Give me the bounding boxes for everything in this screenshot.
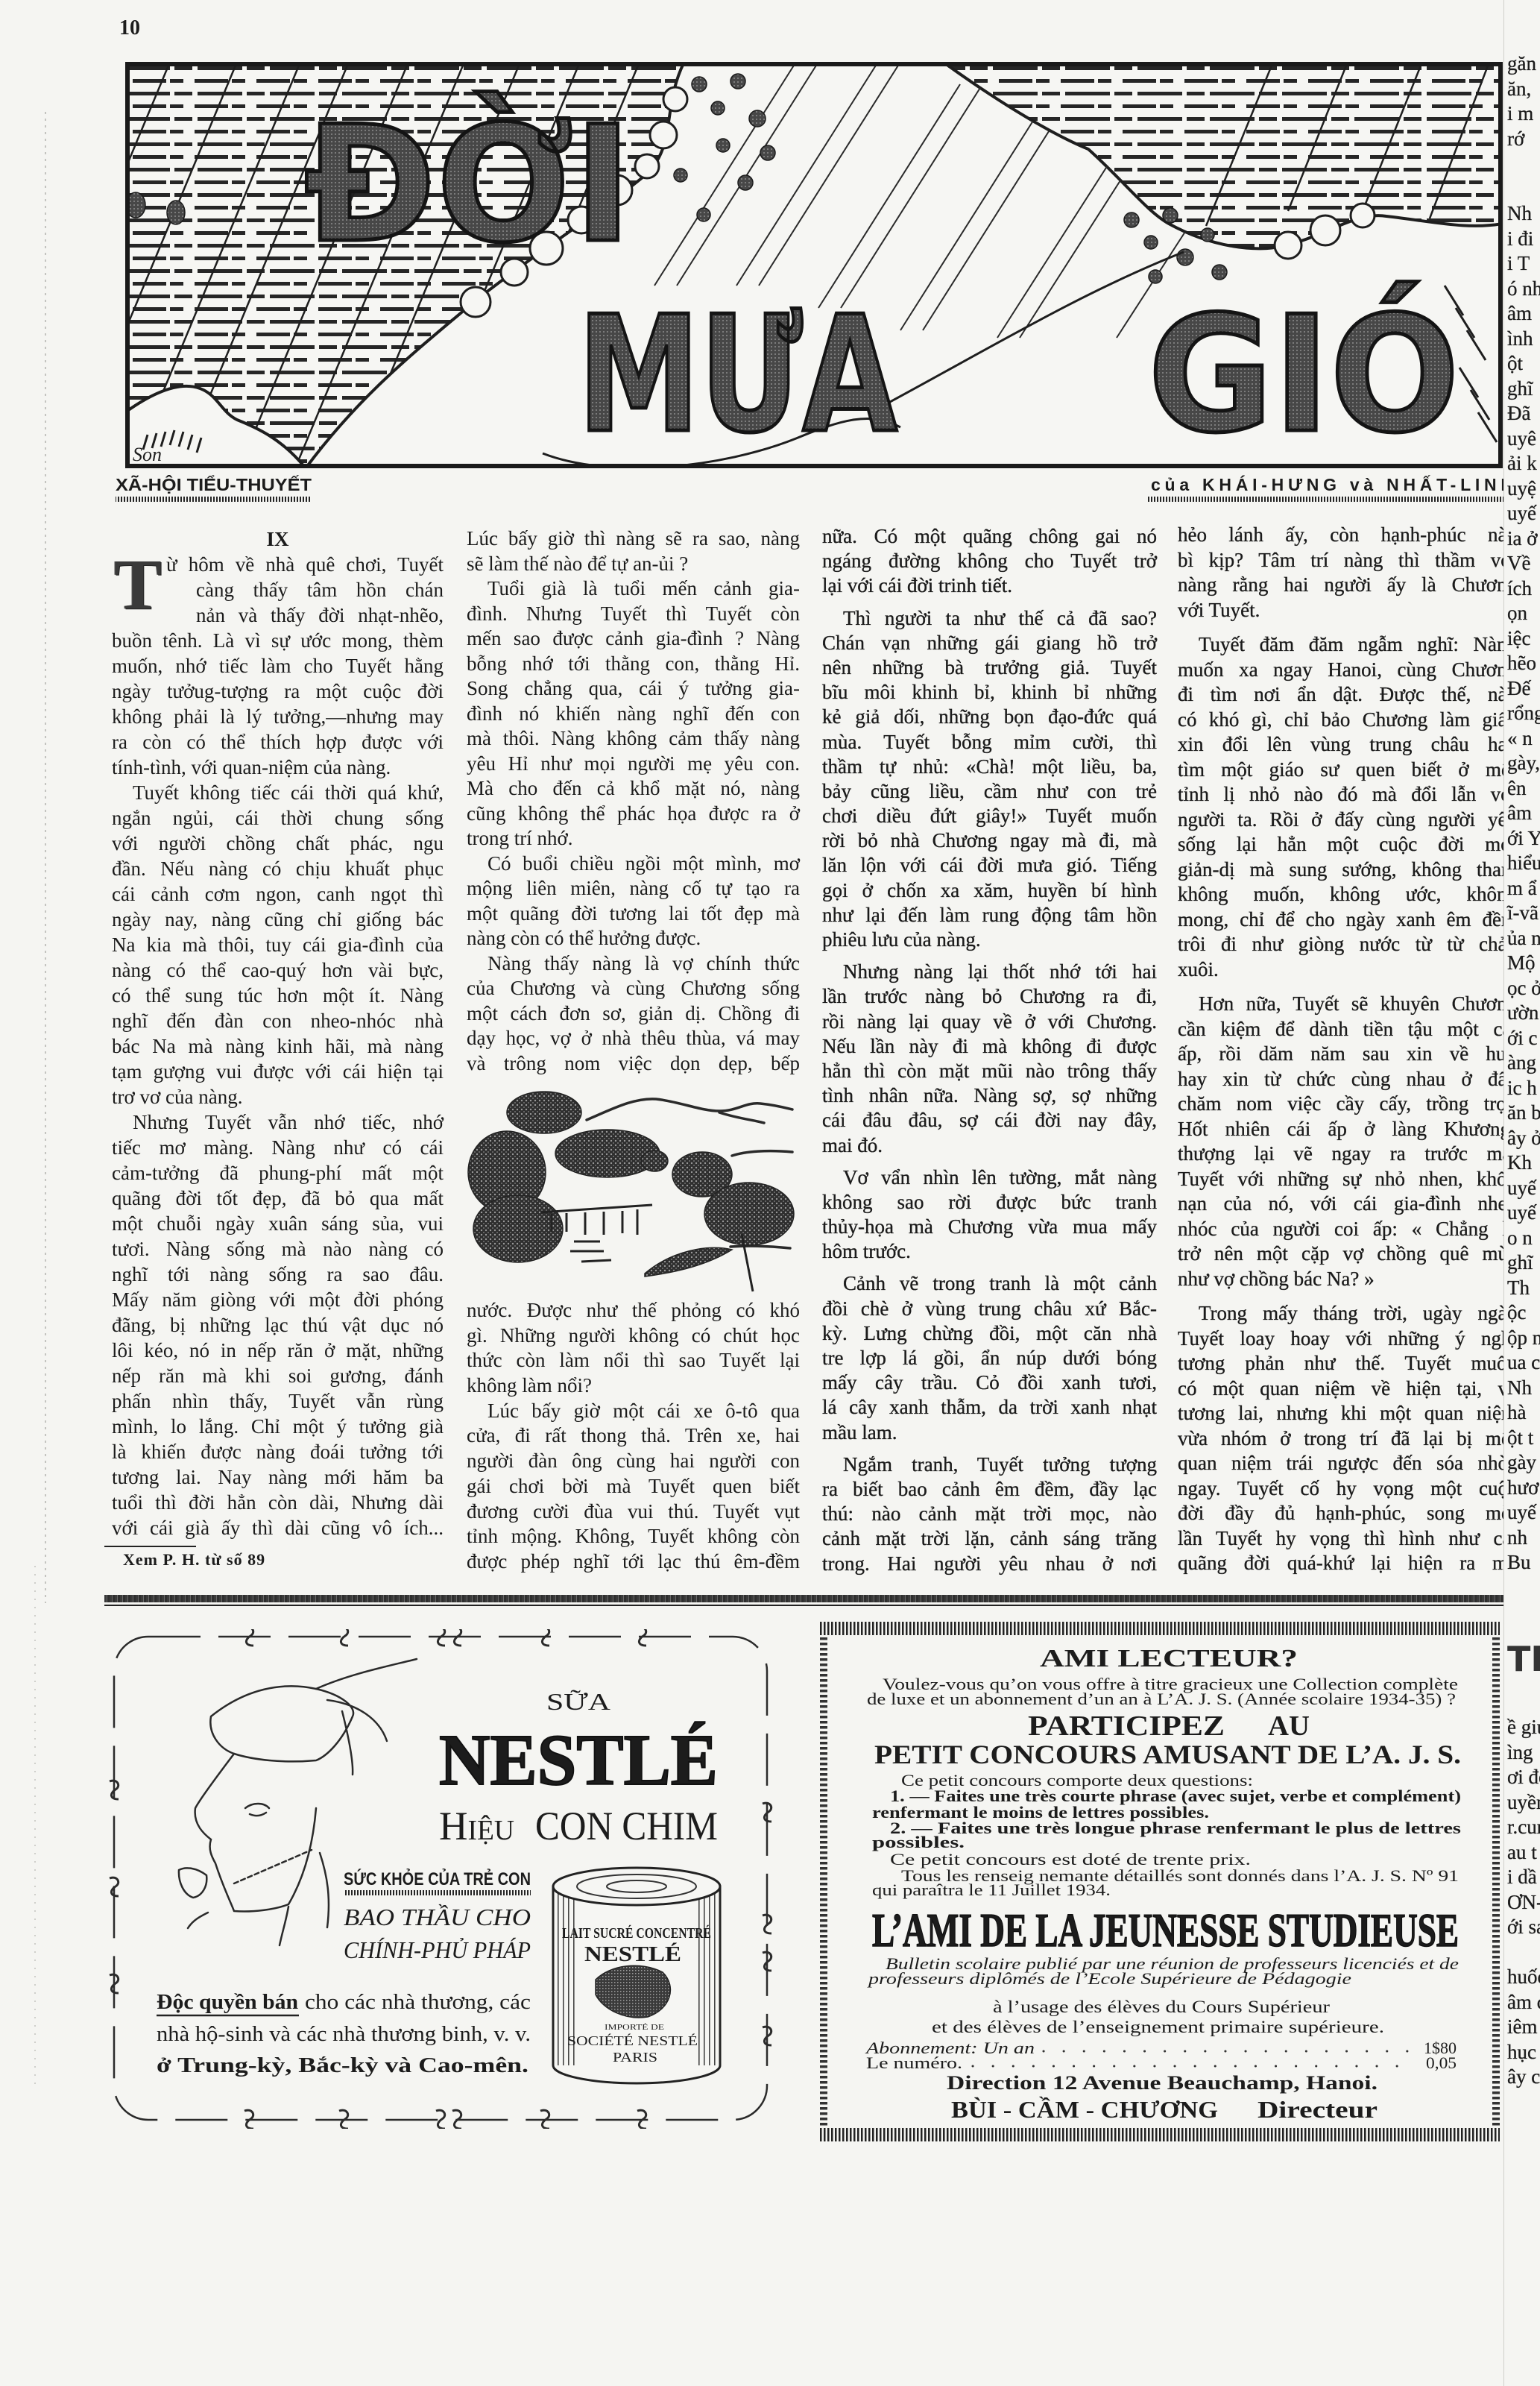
text-line: lần trước nàng bỏ Chương ra đi, [822, 984, 1157, 1009]
ajs-advertisement: AMI LECTEUR? Voulez-vous qu’on vous offr… [820, 1622, 1500, 2141]
text-fragment: huốc [1507, 1965, 1540, 1990]
text-line: nhóc của người coi ấp: « Chẳng lẽ [1178, 1217, 1517, 1242]
text-fragment: âm [1507, 801, 1540, 826]
paragraph: Thì người ta như thế cả đã sao?Chán vạn … [822, 606, 1157, 953]
text-line: gì. Những người không có chút học [467, 1323, 800, 1349]
text-fragment: ọn [1507, 601, 1540, 626]
text-fragment: gày [1507, 1450, 1540, 1476]
text-fragment: r.cun [1507, 1815, 1540, 1840]
text-line: tỉnh mộng. Không, Tuyết không còn [467, 1524, 800, 1549]
text-line: đương cười đùa vui thú. Tuyết vụt [467, 1499, 800, 1525]
text-fragment: iêm [1507, 2015, 1540, 2040]
text-fragment: i đi [1507, 227, 1540, 252]
ad-border-right [1492, 1635, 1500, 2128]
adjacent-page-heading: TH [1507, 1639, 1540, 1679]
paragraph: Hơn nữa, Tuyết sẽ khuyên Chươngcần kiệm … [1178, 992, 1517, 1291]
text-fragment: rớ [1507, 127, 1540, 152]
text-line: hẳn thì còn mặt mũi nào trông thấy [822, 1059, 1157, 1083]
text-fragment: uyế [1507, 1500, 1540, 1526]
paragraph: nước. Được như thế phỏng có khógì. Những… [467, 1298, 800, 1399]
text-fragment: ủa n [1507, 926, 1540, 951]
text-line: nàng có thể cao-quý hơn vài bực, [112, 957, 444, 983]
text-line: trôi đi như giòng nước từ từ chảy [1178, 932, 1517, 957]
ad-headline: AMI LECTEUR? [1040, 1645, 1298, 1672]
text-line: cảm-tưởng đã phung-phí mất một [112, 1160, 444, 1186]
genre-label: XÃ-HỘI TIỂU-THUYẾT [116, 474, 312, 494]
text-line: rồi nàng lại quay về ở với Chương. [822, 1010, 1157, 1034]
text-fragment: uyê [1507, 426, 1540, 452]
text-line: cũng không thể phác họa được ra ở [467, 802, 800, 827]
text-line: có thể sung túc hơn một ít. Nàng [112, 983, 444, 1008]
text-line: Tuổi già là tuổi mến cảnh gia- [467, 576, 800, 602]
text-fragment: ột [1507, 351, 1540, 377]
banner-artwork: ĐỜI MƯA GIÓ Son [125, 62, 1503, 468]
text-line: trở nên một cặp vợ chồng quê mùa [1178, 1241, 1517, 1267]
text-line: cần kiệm để dành tiền tậu một cái [1178, 1017, 1517, 1042]
text-line: đần. Nếu nàng có chịu khuất phục [112, 856, 444, 881]
text-fragment: Nh [1507, 1376, 1540, 1401]
text-fragment: ĩ-vã [1507, 901, 1540, 926]
text-fragment: gày, [1507, 751, 1540, 776]
text-fragment: hươ [1507, 1476, 1540, 1501]
text-line: nữa. Có một quãng chông gai nó [822, 524, 1157, 549]
paragraph: Tuổi già là tuổi mến cảnh gia-đình. Nhưn… [467, 576, 800, 852]
text-fragment: Kh [1507, 1150, 1540, 1176]
text-line: hôm trước. [822, 1239, 1157, 1264]
text-line: tương phản như thế. Tuyết muốn [1178, 1351, 1517, 1376]
text-line: Lúc bấy giờ thì nàng sẽ ra sao, nàng [467, 526, 800, 552]
text-line: Ngắm tranh, Tuyết tưởng tượng [822, 1452, 1157, 1477]
adjacent-page-text: gănăn,i mrớNhi đii Tó nhâmìnhộtghĩĐãuyêả… [1507, 51, 1540, 1576]
child-drawing [179, 1659, 417, 1945]
text-line: ngày tưởug-tượng ra một cuộc đời [112, 679, 444, 704]
text-fragment: hiểu [1507, 851, 1540, 876]
text-line: của Chương và cùng Chương sống [467, 976, 800, 1001]
newspaper-page: 10 [0, 0, 1540, 2386]
paragraph: Nàng thấy nàng là vợ chính thứccủa Chươn… [467, 951, 800, 1077]
paragraph: Tuyết đăm đăm ngẫm nghĩ: Nàngmuốn xa nga… [1178, 632, 1517, 982]
text-line: mộng liên miên, nàng cố tự tạo ra [467, 876, 800, 901]
ad-brand-subname: CON CHIM [535, 1804, 718, 1848]
text-line: mình, lo lắng. Chỉ một ý tưởng già [112, 1414, 444, 1439]
text-fragment: ƠN- [1507, 1890, 1540, 1916]
text-line: được phép nghĩ tới lạc thú êm-đềm [467, 1549, 800, 1575]
text-line: thú: nào cảnh mặt trời mọc, nào [822, 1502, 1157, 1526]
text-line: nàng rằng hai người ấy là Chương [1178, 573, 1517, 598]
text-line: nên những bà trưởng giả. Tuyết [822, 655, 1157, 680]
text-line: mong, chỉ để cho ngày xanh êm đềm [1178, 907, 1517, 933]
text-line: ngắn ngủi, cái thời chung sống [112, 805, 444, 831]
text-line: tiếc mơ màng. Nàng như có cái [112, 1135, 444, 1160]
director-title: Directeur [1257, 2096, 1378, 2123]
text-line: ấp, rồi dăm năm sau xin về hưu [1178, 1042, 1517, 1067]
text-line: chăm nom việc cầy cấy, trồng trọt. [1178, 1092, 1517, 1117]
text-fragment: ới c [1507, 1026, 1540, 1051]
text-line: gọi ở chốn xa xăm, huyền bí hình [822, 878, 1157, 903]
text-line: cái cảnh cơm ngon, canh ngọt thì [112, 881, 444, 907]
text-fragment: Đã [1507, 401, 1540, 426]
text-line: một chuỗi ngày xuân sáng sủa, vui [112, 1211, 444, 1236]
publication-address: Direction 12 Avenue Beauchamp, Hanoi. [947, 2072, 1378, 2094]
ad-intro-line: de luxe et un abonnement d’un an à L’A. … [867, 1690, 1456, 1708]
text-line: mùa. Tuyết bỗng mỉm cười, thì [822, 730, 1157, 755]
paragraph: Trong mấy tháng trời, ugày ngàyTuyết loa… [1178, 1301, 1517, 1576]
contest-question: possibles. [872, 1833, 965, 1851]
text-line: mà thôi. Nàng không cảm thấy nàng [467, 726, 800, 752]
text-line: Nhưng nàng lại thốt nhớ tới hai [822, 960, 1157, 984]
text-fragment: i dầ [1507, 1865, 1540, 1890]
text-line: nếp răn mà khi soi gương, đánh [112, 1363, 444, 1388]
text-line: trong trí nhớ. [467, 826, 800, 852]
can-label: SOCIÉTÉ NESTLÉ [567, 2033, 698, 2048]
text-line: và trông nom việc dọn dẹp, bếp [467, 1051, 800, 1077]
paragraph: Tuyết không tiếc cái thời quá khứ,ngắn n… [112, 780, 444, 1109]
byline-underline [116, 497, 312, 502]
text-fragment [1507, 177, 1540, 202]
paragraph: Lúc bấy giờ thì nàng sẽ ra sao, nàngsẽ l… [467, 526, 800, 576]
article-column-1: IX ừ hôm về nhà quê chơi, Tuyết càng thấ… [112, 526, 444, 1540]
text-line: tình nhân nữa. Nàng sợ, sợ những [822, 1083, 1157, 1108]
text-fragment: au t [1507, 1840, 1540, 1866]
paragraph: nữa. Có một quãng chông gai nóngáng đườn… [822, 524, 1157, 599]
text-line: có một quan niệm về hiện tại, về [1178, 1376, 1517, 1402]
text-line: tỉnh lị nhỏ nào đó mà đổi lẫn với [1178, 782, 1517, 808]
text-fragment: ia ở [1507, 526, 1540, 552]
title-banner: ĐỜI MƯA GIÓ Son [125, 62, 1503, 468]
ad-exclusive-label: Độc quyền bán [157, 1991, 298, 2014]
text-line: tre lợp lá gồi, ẩn núp dưới bóng [822, 1346, 1157, 1370]
text-line: đình nó khiến nàng nghĩ đến con [467, 702, 800, 727]
ad-brand-name: NESTLÉ [439, 1720, 718, 1801]
text-line: mầu lam. [822, 1420, 1157, 1445]
text-line: Vơ vẩn nhìn lên tường, mắt nàng [822, 1165, 1157, 1190]
artist-signature: Son [133, 444, 162, 465]
publication-audience: à l’usage des élèves du Cours Supérieur [993, 1998, 1330, 2016]
text-fragment: âm [1507, 301, 1540, 327]
text-line: nước. Được như thế phỏng có khó [467, 1298, 800, 1323]
can-label: PARIS [613, 2050, 657, 2065]
text-line: người ta. Rồi ở đấy cùng người yêu [1178, 808, 1517, 833]
text-fragment: iệc [1507, 626, 1540, 652]
ad-call-word: PARTICIPEZ [1028, 1710, 1225, 1742]
text-line: chơi diều đứt giây!» Tuyết muốn [822, 804, 1157, 828]
text-fragment: i T [1507, 251, 1540, 277]
text-line: có khó gì, chỉ bảo Chương làm giấy [1178, 708, 1517, 733]
text-line: một cách đơn sơ, giản dị. Chồng đi [467, 1001, 800, 1027]
section-divider [104, 1595, 1504, 1602]
text-line: với cái già ấy thì dài cũng vô ích... [112, 1515, 444, 1540]
text-fragment: ic h [1507, 1076, 1540, 1101]
text-line: Mà cho đến cả khổ mặt nó, nàng [467, 776, 800, 802]
tagline-underline [344, 1890, 531, 1895]
text-line: nghĩ tới nàng sống ra sao đâu. [112, 1262, 444, 1287]
text-line: cửa, đi rất thong thả. Trên xe, hai [467, 1423, 800, 1449]
paragraph: Ngắm tranh, Tuyết tưởng tượngra biết bao… [822, 1452, 1157, 1576]
subscription-label: Le numéro. [866, 2053, 962, 2072]
ad-contract-line: BAO THẦU CHO [344, 1904, 531, 1930]
continuation-note: Xem P. H. từ số 89 [123, 1550, 265, 1570]
text-fragment: Mộ [1507, 951, 1540, 976]
text-fragment: « n [1507, 726, 1540, 752]
text-line: bĩu môi khinh bỉ, khinh bỉ những [822, 680, 1157, 705]
title-word-doi: ĐỜI [304, 91, 632, 278]
text-fragment: ìng [1507, 1740, 1540, 1766]
text-line: là khiến được nàng đoái tưởng tới [112, 1439, 444, 1464]
text-line: bảy cũng liều, cầm như con trẻ [822, 779, 1157, 804]
text-line: cái đâu đâu, sợ cái đời nay đây, [822, 1108, 1157, 1133]
text-line: xin đổi lên vùng trung châu hay [1178, 732, 1517, 758]
text-fragment [1507, 151, 1540, 177]
ad-border-top [820, 1622, 1500, 1635]
text-fragment: ghĩ [1507, 1250, 1540, 1276]
text-line: đi tìm nơi ẩn dật. Được thế, nào [1178, 682, 1517, 708]
text-line: Na kia mà thôi, tuy cái gia-đình của [112, 932, 444, 957]
column-body: buồn tênh. Là vì sự ước mong, thèmmuốn, … [112, 628, 444, 1540]
text-fragment: ọc ở [1507, 976, 1540, 1001]
drop-cap: T [114, 549, 162, 620]
text-fragment: ua c [1507, 1350, 1540, 1376]
text-line: thượng lại vẽ ngay ra trước mắt [1178, 1142, 1517, 1167]
contest-title: PETIT CONCOURS AMUSANT DE L’A. J. S. [874, 1740, 1461, 1769]
text-line: không làm nổi? [467, 1373, 800, 1399]
text-line: Thì người ta như thế cả đã sao? [822, 606, 1157, 631]
text-fragment: găn [1507, 51, 1540, 77]
text-line: kẻ giả dối, những bọn đạo-đức quá [822, 705, 1157, 729]
text-fragment: hẽo [1507, 651, 1540, 676]
can-label: IMPORTÉ DE [605, 2023, 664, 2032]
text-line: tuổi thì đời hẳn còn dài, Nhưng dài [112, 1490, 444, 1515]
text-line: một quãng đời tương lai tốt đẹp mà [467, 901, 800, 927]
text-line: tươi. Nàng sống mà nào nàng có [112, 1236, 444, 1262]
text-fragment: Đế [1507, 676, 1540, 702]
adjacent-page-strip: gănăn,i mrớNhi đii Tó nhâmìnhộtghĩĐãuyêả… [1503, 0, 1540, 2386]
paragraph: Cảnh vẽ trong tranh là một cảnhđồi chè ở… [822, 1271, 1157, 1444]
text-fragment: uyế [1507, 501, 1540, 526]
text-fragment: ình [1507, 327, 1540, 352]
text-line: rời bỏ nhà Chương ngay mà đi, mà [822, 828, 1157, 853]
text-fragment: àng [1507, 1051, 1540, 1076]
article-column-3: nữa. Có một quãng chông gai nóngáng đườn… [822, 524, 1157, 1576]
ad-distribution-line: nhà hộ-sinh và các nhà thương binh, v. v… [157, 2023, 531, 2046]
text-line: kỳ. Lưng chừng đồi, một căn nhà [822, 1321, 1157, 1346]
text-fragment: uyế [1507, 1176, 1540, 1201]
paragraph: Lúc bấy giờ một cái xe ô-tô quacửa, đi r… [467, 1399, 800, 1575]
text-fragment: o n [1507, 1226, 1540, 1251]
text-line: trong. Hai người yêu nhau ở nơi [822, 1552, 1157, 1576]
text-line: người đàn ông cùng hai người con [467, 1449, 800, 1474]
text-fragment: uyế [1507, 1200, 1540, 1226]
paragraph: Nhưng nàng lại thốt nhớ tới hailần trước… [822, 960, 1157, 1158]
text-fragment: ột t [1507, 1426, 1540, 1451]
can-label: LAIT SUCRÉ CONCENTRÉ [562, 1924, 711, 1942]
text-fragment: ộp n [1507, 1326, 1540, 1351]
text-fragment: ây c [1507, 2065, 1540, 2090]
text-fragment: ới sa [1507, 1915, 1540, 1940]
scan-edge-artifact [45, 112, 46, 1603]
text-line: thủy-họa mà Chương vừa mua mấy [822, 1215, 1157, 1239]
text-fragment: ên [1507, 776, 1540, 802]
landscape-illustration [462, 1081, 820, 1297]
text-line: Tuyết không tiếc cái thời quá khứ, [112, 780, 444, 805]
ad-brand-prefix: SỮA [546, 1688, 610, 1715]
text-line: thức còn làm nổi thì sao Tuyết lại [467, 1348, 800, 1373]
ad-call-word: AU [1268, 1710, 1310, 1742]
nestle-advertisement: SỮA NESTLÉ Hiệu CON CHIM SỨC KHỎE CỦA TR… [104, 1629, 778, 2129]
ad-brand-hieu: Hiệu [439, 1804, 514, 1848]
text-line: lá cây xanh thẫm, da trời xanh nhạt [822, 1395, 1157, 1420]
text-line: với người chồng chất phác, ngu [112, 831, 444, 856]
article-column-4: hẻo lánh ấy, còn hạnh-phúc nàobì kịp? Tâ… [1178, 523, 1517, 1576]
text-line: sống lại hẳn một cuộc đời mới [1178, 832, 1517, 857]
publication-description: professeurs diplômés de l’Ecole Supérieu… [866, 1969, 1351, 1988]
text-line: trơ vơ của nàng. [112, 1084, 444, 1109]
byline-genre: XÃ-HỘI TIỂU-THUYẾT [112, 471, 321, 507]
text-line: vừa nhóm ở trong trí đã lại bị một [1178, 1426, 1517, 1452]
text-line: Chán vạn những gái giang hồ trở [822, 631, 1157, 655]
text-line: không phải là lý tưởng,—nhưng may [112, 704, 444, 729]
text-line: ra còn có thể thích hợp được với [112, 729, 444, 755]
text-line: tìm một giáo sư quen biết ở một [1178, 758, 1517, 783]
text-line: muốn, nhớ tiếc làm cho Tuyết hằng [112, 653, 444, 679]
text-fragment: rổng [1507, 701, 1540, 726]
text-fragment: ới Y [1507, 826, 1540, 852]
text-line: Hốt nhiên cái ấp ở làng Khương- [1178, 1117, 1517, 1142]
title-word-gio: GIÓ [1148, 280, 1459, 468]
text-fragment: ây ở [1507, 1126, 1540, 1151]
text-line: phấn nhìn thấy, Tuyết vẫn rùng [112, 1388, 444, 1414]
text-line: yêu Hỉ như mọi người mẹ yêu con. [467, 752, 800, 777]
text-line: Tuyết loay hoay với những ý nghĩ [1178, 1326, 1517, 1352]
text-fragment: nh [1507, 1526, 1540, 1551]
text-line: Trong mấy tháng trời, ugày ngày [1178, 1301, 1517, 1326]
publication-audience: et des élèves de l’enseignement primaire… [932, 2018, 1384, 2036]
text-line: quãng đời tốt đẹp, đã bỏ qua mất [112, 1186, 444, 1211]
text-line: tương lai. Nay nàng mới hăm ba [112, 1464, 444, 1490]
paragraph: Vơ vẩn nhìn lên tường, mắt nàngkhông sao… [822, 1165, 1157, 1265]
text-line: bỗng nhớ tới thằng con, thằng Hỉ. [467, 652, 800, 677]
text-line: tương lai, nhưng khi một quan niệm [1178, 1401, 1517, 1426]
text-fragment: ơi đơ [1507, 1765, 1540, 1790]
text-line: ngáng đường không cho Tuyết trở [822, 549, 1157, 573]
page-number: 10 [119, 16, 140, 40]
ad-tagline: SỨC KHỎE CỦA TRẺ CON [344, 1868, 531, 1889]
text-fragment: hục [1507, 2040, 1540, 2065]
text-line: Nàng thấy nàng là vợ chính thức [467, 951, 800, 977]
text-fragment: uyệ [1507, 476, 1540, 502]
paragraph: Nhưng Tuyết vẫn nhớ tiếc, nhớtiếc mơ màn… [112, 1109, 444, 1540]
text-line: bì kịp? Tâm trí nàng thì thầm với [1178, 548, 1517, 573]
text-fragment: ích [1507, 576, 1540, 602]
text-fragment: ải k [1507, 451, 1540, 476]
text-fragment: ộc [1507, 1300, 1540, 1326]
text-line: gái chơi bời mà Tuyết quen biết [467, 1474, 800, 1499]
text-line: muốn xa ngay Hanoi, cùng Chương [1178, 658, 1517, 683]
director-name: BÙI - CẦM - CHƯƠNG [951, 2096, 1218, 2123]
text-line: dạy học, vợ ở nhà thêu thùa, vá may [467, 1026, 800, 1051]
ad-distribution-line: ở Trung-kỳ, Bắc-kỳ và Cao-mên. [157, 2054, 528, 2077]
text-line: lăn lộn với cái đời mưa gió. Tiếng [822, 853, 1157, 878]
text-line: nạn của nó, với cái gia-đình nheo [1178, 1192, 1517, 1217]
article-column-2-bottom: nước. Được như thế phỏng có khógì. Những… [467, 1298, 800, 1575]
text-fragment: âm c [1507, 1990, 1540, 2015]
text-line: bác Na mà nàng kinh hãi, mà nàng [112, 1033, 444, 1059]
ad-border-left [820, 1635, 827, 2128]
text-line: Có buổi chiều ngồi một mình, mơ [467, 852, 800, 877]
text-line: tạm gượng vui được với cái hiện tại [112, 1059, 444, 1084]
article-column-2-top: Lúc bấy giờ thì nàng sẽ ra sao, nàngsẽ l… [467, 526, 800, 1076]
text-line: sẽ làm thế nào để tự an-ủi ? [467, 552, 800, 577]
text-line: Hơn nữa, Tuyết sẽ khuyên Chương [1178, 992, 1517, 1017]
text-fragment: ườn [1507, 1001, 1540, 1026]
text-line: cảnh mặt trời lặn, cảnh sáng trăng [822, 1526, 1157, 1551]
text-fragment: Nh [1507, 201, 1540, 227]
ad-distribution-line: cho các nhà thương, các [305, 1991, 531, 2014]
text-line: tính-tình, với quan-niệm của nàng. [112, 755, 444, 780]
text-line: mến sao được cảnh gia-đình ? Nàng [467, 626, 800, 652]
title-word-mua: MƯA [578, 281, 897, 468]
text-fragment [1507, 1940, 1540, 1965]
text-line: như lại đến làm rung động tâm hồn [822, 903, 1157, 928]
text-fragment: uyền [1507, 1790, 1540, 1816]
text-line: ra biết bao cảnh êm đềm, đầy lạc [822, 1477, 1157, 1502]
text-fragment: ghĩ [1507, 377, 1540, 402]
text-line: ngày nay, nàng cũng chỉ giống bác [112, 907, 444, 932]
publication-title: L’AMI DE LA JEUNESSE STUDIEUSE [872, 1904, 1459, 1957]
text-line: ngay. Tuyết cố hy vọng một cuộc [1178, 1476, 1517, 1502]
can-label: NESTLÉ [584, 1943, 681, 1966]
text-line: Mấy năm giòng với một đời phóng [112, 1287, 444, 1312]
adjacent-page-text: ề giúìngơi đơuyềnr.cunau ti dầƠN-ới sahu… [1507, 1715, 1540, 2090]
text-line: với Tuyết. [1178, 598, 1517, 623]
text-line: Tuyết đăm đăm ngẫm nghĩ: Nàng [1178, 632, 1517, 658]
text-line: hẻo lánh ấy, còn hạnh-phúc nào [1178, 523, 1517, 548]
text-line: đãng, bị những lạc thú vật dục nó [112, 1312, 444, 1338]
text-line: quãng đời quá-khứ lại hiện ra mà [1178, 1551, 1517, 1576]
text-line: Nếu lần này đi mà không đi được [822, 1034, 1157, 1059]
text-line: phiêu lưu của nàng. [822, 928, 1157, 952]
text-fragment: Th [1507, 1276, 1540, 1301]
text-line: Tuyết với những sự nhỏ nhen, khốn [1178, 1167, 1517, 1192]
text-fragment: Bu [1507, 1550, 1540, 1576]
authors-label: của KHÁI-HƯNG và NHẤT-LINH [1151, 474, 1513, 494]
ad-contract-line: CHÍNH-PHỦ PHÁP [344, 1936, 531, 1963]
text-line: lần Tuyết hy vọng thì hình như cái [1178, 1526, 1517, 1552]
text-fragment: Về [1507, 551, 1540, 576]
text-fragment: i m [1507, 101, 1540, 127]
text-line: giản-dị mà sung sướng, không tham [1178, 857, 1517, 883]
text-line: buồn tênh. Là vì sự ước mong, thèm [112, 628, 444, 653]
milk-can: LAIT SUCRÉ CONCENTRÉ NESTLÉ IMPORTÉ DE S… [553, 1868, 720, 2083]
text-line: mai đó. [822, 1133, 1157, 1158]
scan-edge-artifact [34, 1566, 36, 2088]
text-line: mấy cây trầu. Cỏ đồi xanh tươi, [822, 1370, 1157, 1395]
text-line: thầm tự nhủ: «Chà! một liều, ba, [822, 755, 1157, 779]
text-line: lôi kéo, nó in nếp răn ở mặt, những [112, 1338, 444, 1363]
text-line: đời đầy đủ hạnh-phúc, song mỗi [1178, 1501, 1517, 1526]
contest-question: 2. — Faites une très longue phrase renfe… [890, 1819, 1462, 1837]
text-fragment: ó nh [1507, 277, 1540, 302]
text-line: Lúc bấy giờ một cái xe ô-tô qua [467, 1399, 800, 1424]
text-line: không muốn, không ước, không [1178, 882, 1517, 907]
text-fragment: ăn b [1507, 1101, 1540, 1126]
byline-authors: của KHÁI-HƯNG và NHẤT-LINH [1145, 471, 1518, 507]
text-line: xuôi. [1178, 957, 1517, 983]
paragraph: buồn tênh. Là vì sự ước mong, thèmmuốn, … [112, 628, 444, 780]
text-line: đồi chè ở vùng trung châu xứ Bắc- [822, 1297, 1157, 1321]
text-fragment: ăn, [1507, 77, 1540, 102]
text-line: không sao rời được bức tranh [822, 1190, 1157, 1215]
section-divider-line [104, 1605, 1504, 1606]
